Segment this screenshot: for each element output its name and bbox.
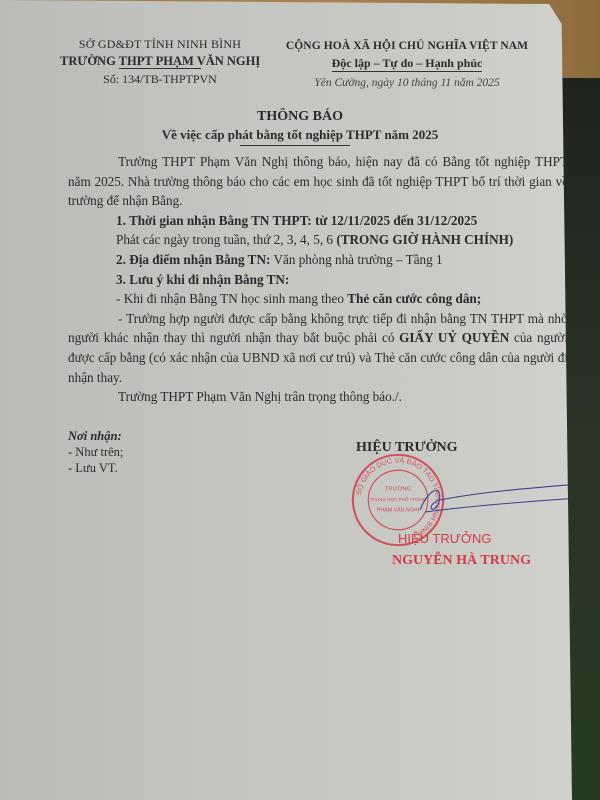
section-1-detail-bold: (TRONG GIỜ HÀNH CHÍNH) bbox=[336, 232, 513, 247]
handwritten-signature-icon bbox=[380, 480, 580, 520]
document-body: Trường THPT Phạm Văn Nghị thông báo, hiệ… bbox=[68, 152, 568, 407]
subtitle-underline bbox=[240, 145, 350, 146]
place-date: Yên Cường, ngày 10 tháng 11 năm 2025 bbox=[282, 75, 532, 92]
section-2: 2. Địa điểm nhận Bằng TN: Văn phòng nhà … bbox=[68, 250, 568, 270]
header-right: CỘNG HOÀ XÃ HỘI CHỦ NGHĨA VIỆT NAM Độc l… bbox=[282, 38, 532, 92]
document-page: SỞ GD&ĐT TỈNH NINH BÌNH TRƯỜNG THPT PHẠM… bbox=[0, 0, 572, 800]
national-motto: Độc lập – Tự do – Hạnh phúc bbox=[282, 55, 532, 72]
document-subtitle: Về việc cấp phát bằng tốt nghiệp THPT nă… bbox=[105, 126, 495, 144]
section-1-detail-text: Phát các ngày trong tuần, thứ 2, 3, 4, 5… bbox=[116, 232, 336, 247]
signer-role: HIỆU TRƯỞNG bbox=[398, 531, 492, 546]
note-1: - Khi đi nhận Bằng TN học sinh mang theo… bbox=[68, 289, 568, 309]
note-2: - Trường hợp người được cấp bằng không t… bbox=[68, 309, 568, 387]
intro-paragraph: Trường THPT Phạm Văn Nghị thông báo, hiệ… bbox=[68, 152, 568, 211]
document-number: Số: 134/TB-THPTPVN bbox=[60, 71, 260, 88]
department-name: SỞ GD&ĐT TỈNH NINH BÌNH bbox=[60, 36, 260, 53]
signer-name: NGUYỄN HÀ TRUNG bbox=[392, 553, 531, 569]
school-name: TRƯỜNG THPT PHẠM VĂN NGHỊ bbox=[60, 53, 260, 70]
section-1-heading: 1. Thời gian nhận Bằng TN THPT: từ 12/11… bbox=[68, 211, 568, 231]
closing-line: Trường THPT Phạm Văn Nghị trân trọng thô… bbox=[68, 387, 568, 407]
recipients-title: Nơi nhận: bbox=[68, 428, 123, 444]
note-1-text: - Khi đi nhận Bằng TN học sinh mang theo bbox=[116, 291, 347, 306]
section-2-heading: 2. Địa điểm nhận Bằng TN: bbox=[116, 252, 270, 267]
country-name: CỘNG HOÀ XÃ HỘI CHỦ NGHĨA VIỆT NAM bbox=[282, 38, 532, 55]
recipients: Nơi nhận: - Như trên; - Lưu VT. bbox=[68, 428, 123, 476]
section-2-value: Văn phòng nhà trường – Tầng 1 bbox=[270, 252, 442, 267]
section-1-detail: Phát các ngày trong tuần, thứ 2, 3, 4, 5… bbox=[68, 230, 568, 250]
section-3-heading: 3. Lưu ý khi đi nhận Bằng TN: bbox=[68, 270, 568, 290]
recipient-item: - Như trên; bbox=[68, 444, 123, 460]
note-2-bold: GIẤY UỶ QUYỀN bbox=[399, 330, 509, 345]
recipient-item: - Lưu VT. bbox=[68, 460, 123, 476]
header-left: SỞ GD&ĐT TỈNH NINH BÌNH TRƯỜNG THPT PHẠM… bbox=[60, 36, 260, 88]
document-title: THÔNG BÁO bbox=[120, 108, 480, 126]
note-1-bold: Thẻ căn cước công dân; bbox=[347, 291, 481, 306]
